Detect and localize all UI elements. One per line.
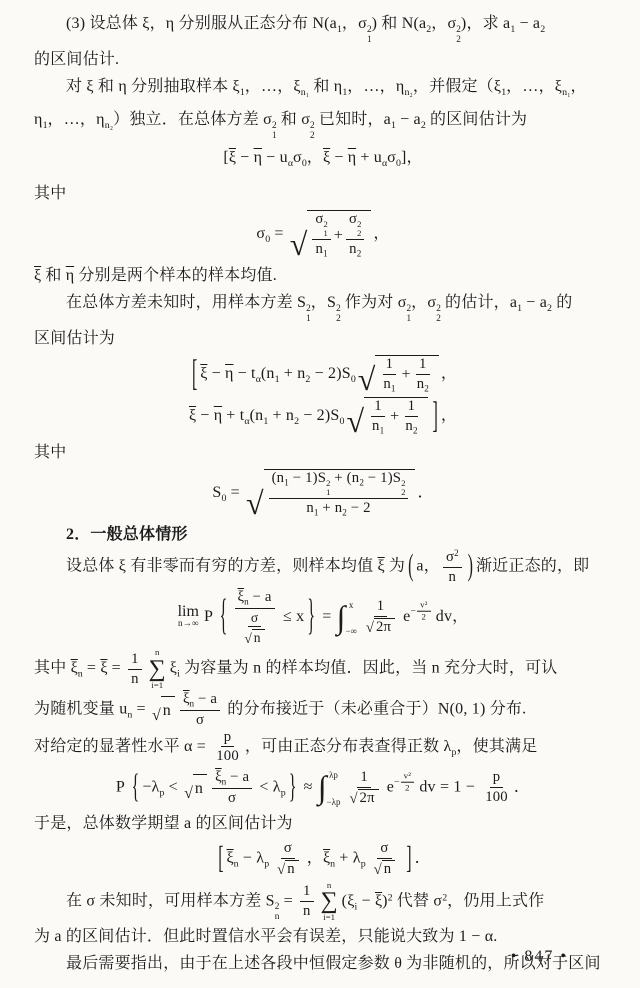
- numerator: p: [490, 769, 504, 788]
- math-text: ，…，η: [347, 78, 404, 95]
- subscript: 0: [351, 374, 356, 385]
- big-delimiter: [: [192, 343, 197, 405]
- math-text: e: [387, 778, 394, 795]
- scanned-textbook-page: (3) 设总体 ξ，η 分别服从正态分布 N(a1，σ21) 和 N(a2，σ2…: [0, 0, 640, 988]
- math-text: ）独立．在总体方差 σ: [113, 111, 272, 128]
- math-text: 为: [385, 557, 405, 574]
- math-text: 100: [485, 789, 508, 805]
- subscript: 2: [357, 229, 361, 238]
- square-root: √2π: [349, 789, 378, 807]
- fraction: ξn − aσ: [212, 769, 252, 807]
- subscript: 0: [340, 416, 345, 427]
- denominator: σ√n: [233, 609, 275, 646]
- subscript: n: [275, 913, 280, 923]
- denominator: √n: [239, 627, 269, 645]
- math-text: n: [306, 500, 314, 516]
- formula-s-0: S0 = √(n1 − 1)S21 + (n2 − 1)S22n1 + n2 −…: [34, 469, 612, 518]
- math-text: + t: [222, 407, 244, 424]
- denominator: 2: [402, 783, 413, 793]
- math-text: − a: [515, 15, 540, 32]
- big-delimiter: [: [218, 832, 223, 886]
- square-root: √(n1 − 1)S21 + (n2 − 1)S22n1 + n2 − 2: [246, 469, 415, 518]
- fraction: σ√n: [369, 840, 401, 878]
- math-text: σ: [387, 149, 396, 166]
- sigma-unknown-line: 在 σ 未知时，可用样本方差 S2n = 1nn∑i=1(ξi − ξ)2 代替…: [34, 881, 612, 923]
- math-text: −: [196, 407, 214, 424]
- general-population-intro: 设总体 ξ 有非零而有穷的方差，则样本均值 ξ 为(a，σ2n)渐近正态的，即: [34, 548, 612, 586]
- math-text: 和: [41, 267, 66, 284]
- math-text: ．: [514, 778, 530, 795]
- subscript: n₁: [562, 87, 570, 98]
- denominator: 100: [213, 747, 242, 765]
- math-text: η: [34, 111, 43, 128]
- numerator: σ22: [346, 211, 364, 240]
- math-text: 2π: [376, 619, 391, 636]
- fraction: 1n1: [369, 398, 387, 436]
- denominator: 2: [419, 612, 430, 622]
- square-root: √1n1 + 1n2: [346, 397, 427, 436]
- radicand: n: [285, 860, 299, 878]
- subscript: 2: [401, 488, 405, 497]
- subscript: 2: [456, 36, 461, 46]
- math-text: (n: [261, 365, 275, 382]
- big-delimiter: ]: [406, 832, 411, 886]
- overbar-variable: η: [66, 267, 74, 284]
- math-text: ]，: [401, 149, 423, 166]
- radicand: 1n1 + 1n2: [364, 397, 427, 436]
- fraction: 1n: [300, 883, 314, 920]
- denominator: σ: [193, 711, 207, 729]
- subscript: 1: [407, 315, 412, 325]
- summation: n∑i=1: [321, 881, 338, 923]
- subscript: n₂: [105, 120, 113, 131]
- denominator: √n: [272, 859, 304, 878]
- math-text: n: [316, 241, 324, 257]
- big-delimiter: {: [132, 759, 140, 816]
- math-text: σ: [293, 149, 302, 166]
- formula-t-interval-upper: ξ − η + tα(n1 + n2 − 2)S0√1n1 + 1n2]，: [34, 397, 612, 436]
- formula-interval-for-a: [ξn − λpσ√n，ξn + λpσ√n]．: [34, 840, 612, 878]
- math-text: 的分布接近于（未必重合于）N(0, 1) 分布.: [223, 700, 526, 717]
- big-delimiter: }: [307, 580, 315, 653]
- fraction: σ2n: [443, 548, 462, 586]
- subscript: 1: [324, 229, 328, 238]
- numerator: v²: [401, 772, 414, 783]
- math-text: < λ: [255, 778, 281, 795]
- math-text: =: [107, 660, 125, 677]
- square-root: √σ21n1 + σ22n2: [290, 210, 372, 259]
- overbar-variable: η: [348, 149, 356, 166]
- numerator: ξn − a: [212, 769, 252, 789]
- math-text: 1: [374, 398, 382, 414]
- numerator: (n1 − 1)S21 + (n2 − 1)S22: [269, 470, 409, 499]
- math-text: − a: [396, 111, 421, 128]
- math-text: 对 ξ 和 η 分别抽取样本 ξ: [66, 78, 240, 95]
- stacked-sub-sup: 21: [324, 220, 328, 238]
- math-text: − a: [226, 769, 249, 785]
- numerator: σ21: [312, 211, 330, 240]
- math-text: −: [357, 892, 375, 909]
- interval-estimate-label: 区间估计为: [34, 325, 612, 352]
- math-text: n: [372, 418, 380, 434]
- denominator: n: [300, 902, 314, 920]
- square-root: √n: [277, 860, 299, 878]
- radical-sign: √: [349, 792, 357, 807]
- radical-sign: √: [152, 708, 161, 724]
- radical-sign: √: [374, 863, 382, 878]
- fraction: σ22n2: [346, 211, 364, 259]
- math-text: 作为对 σ: [341, 294, 407, 311]
- denominator: n1: [380, 375, 398, 394]
- superscript-expression: −v²2: [410, 598, 431, 625]
- math-text: n: [195, 775, 203, 802]
- denominator: σ: [225, 789, 239, 807]
- denominator: n2: [402, 417, 420, 436]
- math-text: ．: [415, 849, 431, 866]
- denominator: n2: [346, 240, 364, 259]
- math-text: (n: [272, 470, 285, 486]
- math-text: 区间估计为: [34, 330, 115, 347]
- math-text: v²: [420, 600, 427, 610]
- limit-operator: limn→∞: [178, 604, 199, 631]
- math-text: n: [449, 569, 457, 585]
- math-text: −: [236, 149, 254, 166]
- subscript: 1: [391, 383, 396, 393]
- fraction: p100: [482, 769, 511, 806]
- math-text: −λ: [142, 778, 159, 795]
- math-text: 代替 σ: [393, 892, 443, 909]
- math-text: 渐近正态的，即: [476, 557, 589, 574]
- math-text: − λ: [239, 849, 265, 866]
- numerator: 1: [371, 398, 385, 417]
- math-text: 2: [405, 783, 410, 793]
- math-text: p: [224, 729, 232, 745]
- math-text: ，并假定（ξ: [413, 78, 501, 95]
- subscript: 1: [326, 488, 330, 497]
- overbar-variable: ξ: [71, 660, 78, 677]
- math-text: 设总体 ξ 有非零而有穷的方差，则样本均值: [66, 557, 378, 574]
- formula-t-interval-lower: [ξ − η − tα(n1 + n2 − 2)S0√1n1 + 1n2，: [34, 355, 612, 394]
- integral-sign: ∫: [337, 602, 346, 632]
- denominator: n: [446, 568, 460, 586]
- fraction: v²2: [401, 772, 414, 794]
- overbar-variable: ξ: [227, 849, 234, 866]
- math-text: σ: [196, 712, 204, 728]
- math-text: n: [254, 630, 261, 646]
- math-text: 于是，总体数学期望 a 的区间估计为: [34, 815, 293, 832]
- numerator: σ: [248, 610, 262, 628]
- denominator: √n: [369, 859, 401, 878]
- numerator: 1: [374, 598, 388, 617]
- formula-central-limit: limn→∞P {ξn − aσ√n ≤ x} = ∫x−∞1√2πe−v²2 …: [34, 589, 612, 646]
- integral-upper-limit: x: [345, 601, 356, 610]
- math-text: − a: [194, 691, 217, 707]
- math-text: 2π: [360, 790, 375, 807]
- formula-probability-lambda: P {−λp < √nξn − aσ < λp} ≈ ∫λp−λp1√2πe−v…: [34, 769, 612, 807]
- math-text: ) 和 N(a: [372, 15, 427, 32]
- math-text: 1: [377, 598, 385, 614]
- denominator: n1: [313, 240, 331, 259]
- stacked-sub-sup: 22: [357, 220, 361, 238]
- denominator: n1: [369, 417, 387, 436]
- numerator: σ: [281, 840, 295, 859]
- math-text: σ: [251, 610, 259, 625]
- math-text: − t: [233, 365, 255, 382]
- radicand: σ21n1 + σ22n2: [307, 210, 371, 259]
- numerator: 1: [405, 398, 419, 417]
- math-text: =: [83, 660, 101, 677]
- numerator: v²: [417, 601, 430, 612]
- math-text: ，: [571, 78, 587, 95]
- integral-lower-limit: −∞: [345, 627, 356, 636]
- fraction: ξn − aσ√n: [233, 589, 275, 646]
- math-text: P: [204, 608, 217, 625]
- numerator: σ: [377, 840, 391, 859]
- limit-subscript: n→∞: [178, 620, 199, 630]
- math-text: ，…，ξ: [245, 78, 301, 95]
- summation-sign: ∑: [321, 890, 338, 913]
- math-text: − 2)S: [299, 407, 339, 424]
- fraction: 1n: [128, 651, 142, 688]
- square-root: √n: [244, 629, 264, 646]
- math-text: ，σ: [431, 15, 456, 32]
- math-text: ，: [373, 225, 389, 242]
- big-delimiter: (: [408, 541, 413, 592]
- math-text: =: [270, 225, 288, 242]
- square-root: √2π: [366, 618, 395, 636]
- square-root: √1n1 + 1n2: [358, 355, 439, 394]
- math-text: 在 σ 未知时，可用样本方差 S: [66, 892, 275, 909]
- overbar-variable: ξ: [378, 557, 385, 574]
- numerator: 1: [383, 356, 397, 375]
- integral-limits: x−∞: [345, 602, 356, 632]
- math-text: +: [390, 403, 399, 430]
- math-text: + n: [280, 365, 306, 382]
- math-text: ，: [307, 849, 323, 866]
- math-text: 的: [552, 294, 572, 311]
- subscript: 2: [310, 132, 315, 142]
- math-text: )，求 a: [461, 15, 510, 32]
- math-text: − 2)S: [310, 365, 350, 382]
- math-text: 2: [422, 612, 427, 622]
- math-text: P: [116, 778, 129, 795]
- radical-sign: √: [346, 407, 364, 436]
- math-text: n: [384, 861, 392, 878]
- denominator: n: [128, 670, 142, 688]
- math-text: +: [334, 222, 343, 249]
- integral: ∫x−∞: [337, 602, 357, 632]
- math-text: 在总体方差未知时，用样本方差 S: [66, 294, 306, 311]
- subscript: 2: [540, 24, 545, 35]
- math-text: σ: [380, 840, 388, 856]
- integral-upper-limit: λp: [327, 771, 341, 780]
- math-text: σ: [315, 211, 323, 227]
- denominator: 100: [482, 788, 511, 806]
- where-label-1: 其中: [34, 180, 612, 207]
- section-heading-general-population: 2．一般总体情形: [34, 521, 612, 548]
- math-text: 对给定的显著性水平 α =: [34, 738, 210, 755]
- summation-lower-limit: i=1: [151, 681, 163, 691]
- math-text: 1: [303, 883, 311, 899]
- numerator: ξn − a: [180, 691, 220, 711]
- math-text: v²: [404, 771, 411, 781]
- subscript: p: [264, 858, 269, 869]
- expectation-interval-label: 于是，总体数学期望 a 的区间估计为: [34, 810, 612, 837]
- fraction: σ√n: [239, 610, 269, 646]
- overbar-variable: ξ: [229, 149, 236, 166]
- sampling-assumption-line-2: η1，…，ηn₂）独立．在总体方差 σ21 和 σ22 已知时，a1 − a2 …: [34, 106, 612, 142]
- math-text: −: [410, 598, 416, 625]
- big-delimiter: ): [468, 541, 473, 592]
- square-root: √n: [184, 774, 207, 802]
- math-text: ，: [441, 365, 457, 382]
- subscript: p: [281, 787, 286, 798]
- square-root: √n: [374, 860, 396, 878]
- math-text: 1: [131, 651, 139, 667]
- sample-mean-definition: 其中 ξn = ξ = 1nn∑i=1ξi 为容量为 n 的样本均值．因此，当 …: [34, 648, 612, 690]
- radical-sign: √: [358, 365, 376, 394]
- fraction: 1√2π: [344, 769, 383, 807]
- math-text: ≤ x: [279, 608, 305, 625]
- math-text: ，可由正态分布表查得正数 λ: [245, 738, 452, 755]
- sample-means-note: ξ 和 η 分别是两个样本的样本均值.: [34, 262, 612, 289]
- radicand: (n1 − 1)S21 + (n2 − 1)S22n1 + n2 − 2: [264, 469, 416, 518]
- radicand: n: [382, 860, 396, 878]
- radical-sign: √: [277, 863, 285, 878]
- numerator: σ2: [443, 548, 462, 568]
- radical-sign: √: [366, 621, 374, 636]
- math-text: ，…，ξ: [506, 78, 562, 95]
- subscript: n₁: [301, 87, 309, 98]
- integral-lower-limit: −λp: [327, 798, 341, 807]
- math-text: 的估计，a: [441, 294, 517, 311]
- math-text: − 1)S: [289, 470, 326, 486]
- subscript: 1: [380, 425, 385, 435]
- subscript: 2: [424, 383, 429, 393]
- formula-sigma-0: σ0 = √σ21n1 + σ22n2，: [34, 210, 612, 259]
- denominator: n1 + n2 − 2: [303, 499, 373, 518]
- subscript: 2: [357, 249, 362, 259]
- radical-sign: √: [244, 632, 251, 646]
- math-text: 100: [216, 748, 239, 764]
- superscript: 2: [454, 548, 459, 558]
- math-text: − 1)S: [364, 470, 401, 486]
- overbar-variable: η: [214, 407, 222, 424]
- math-text: 为 a 的区间估计．但此时置信水平会有误差，只能说大致为 1 − α.: [34, 928, 498, 945]
- numerator: ξn − a: [235, 589, 275, 609]
- math-text: + n: [318, 500, 342, 516]
- radicand: n: [252, 629, 265, 646]
- math-text: a，: [416, 557, 440, 574]
- math-text: ξ: [170, 660, 177, 677]
- subscript: 2: [436, 315, 441, 325]
- math-text: σ: [349, 211, 357, 227]
- radicand: n: [161, 696, 175, 724]
- big-delimiter: {: [220, 580, 228, 653]
- math-text: σ: [284, 840, 292, 856]
- denominator: √2π: [361, 617, 400, 636]
- fraction: 1n2: [414, 356, 432, 394]
- denominator: √2π: [344, 788, 383, 807]
- big-delimiter: }: [289, 759, 297, 816]
- math-text: − a: [522, 294, 547, 311]
- numerator: p: [221, 729, 235, 748]
- subscript: n₂: [404, 87, 412, 98]
- math-text: n: [303, 903, 311, 919]
- fraction: ξn − aσ: [180, 691, 220, 729]
- math-text: 2．一般总体情形: [66, 526, 188, 543]
- math-text: 和 η: [309, 78, 342, 95]
- square-root: √n: [152, 696, 175, 724]
- math-text: n: [383, 376, 391, 392]
- summation: n∑i=1: [149, 648, 166, 690]
- math-text: ．: [417, 484, 433, 501]
- math-text: 的区间估计.: [34, 51, 119, 68]
- math-text: − u: [262, 149, 288, 166]
- math-text: (n: [250, 407, 264, 424]
- subscript: 1: [367, 36, 372, 46]
- math-text: n: [287, 861, 295, 878]
- math-text: 和 σ: [277, 111, 310, 128]
- math-text: ，使其满足: [456, 738, 537, 755]
- summation-lower-limit: i=1: [323, 913, 335, 923]
- math-text: ，仍用上式作: [447, 892, 544, 909]
- overbar-variable: η: [254, 149, 262, 166]
- limit-label: lim: [178, 604, 199, 621]
- radical-sign: √: [246, 489, 264, 518]
- math-text: + (n: [330, 470, 359, 486]
- math-text: =: [226, 484, 244, 501]
- math-text: + u: [356, 149, 382, 166]
- math-text: p: [493, 769, 501, 785]
- summation-sign: ∑: [149, 658, 166, 681]
- math-text: 已知时，a: [315, 111, 391, 128]
- math-text: 1: [360, 769, 368, 785]
- subscript: p: [361, 858, 366, 869]
- math-text: ，σ: [342, 15, 367, 32]
- problem-3-statement-line-2: 的区间估计.: [34, 46, 612, 73]
- math-text: σ: [446, 549, 454, 565]
- math-text: <: [164, 778, 182, 795]
- math-text: + n: [268, 407, 294, 424]
- fraction: σ21n1: [312, 211, 330, 259]
- math-text: 其中: [34, 444, 66, 461]
- math-text: ，S: [311, 294, 336, 311]
- integral: ∫λp−λp: [318, 772, 341, 802]
- math-text: −: [207, 365, 225, 382]
- fraction: v²2: [417, 601, 430, 623]
- math-text: +: [401, 361, 410, 388]
- math-text: 其中: [34, 660, 71, 677]
- fraction: σ√n: [272, 840, 304, 878]
- radicand: 1n1 + 1n2: [375, 355, 438, 394]
- math-text: 为随机变量 u: [34, 700, 127, 717]
- numerator: 1: [128, 651, 142, 670]
- math-text: =: [318, 608, 336, 625]
- numerator: 1: [300, 883, 314, 902]
- math-text: n: [405, 418, 413, 434]
- fraction: 1n1: [380, 356, 398, 394]
- fraction: (n1 − 1)S21 + (n2 − 1)S22n1 + n2 − 2: [269, 470, 409, 518]
- math-text: − 2: [347, 500, 371, 516]
- math-text: n: [163, 697, 171, 724]
- math-text: e: [403, 608, 410, 625]
- math-text: 为容量为 n 的样本均值．因此，当 n 充分大时，可认: [180, 660, 558, 677]
- fraction: p100: [213, 729, 242, 766]
- radical-sign: √: [290, 230, 308, 259]
- math-text: − a: [249, 589, 272, 605]
- math-text: 分别是两个样本的样本均值.: [74, 267, 277, 284]
